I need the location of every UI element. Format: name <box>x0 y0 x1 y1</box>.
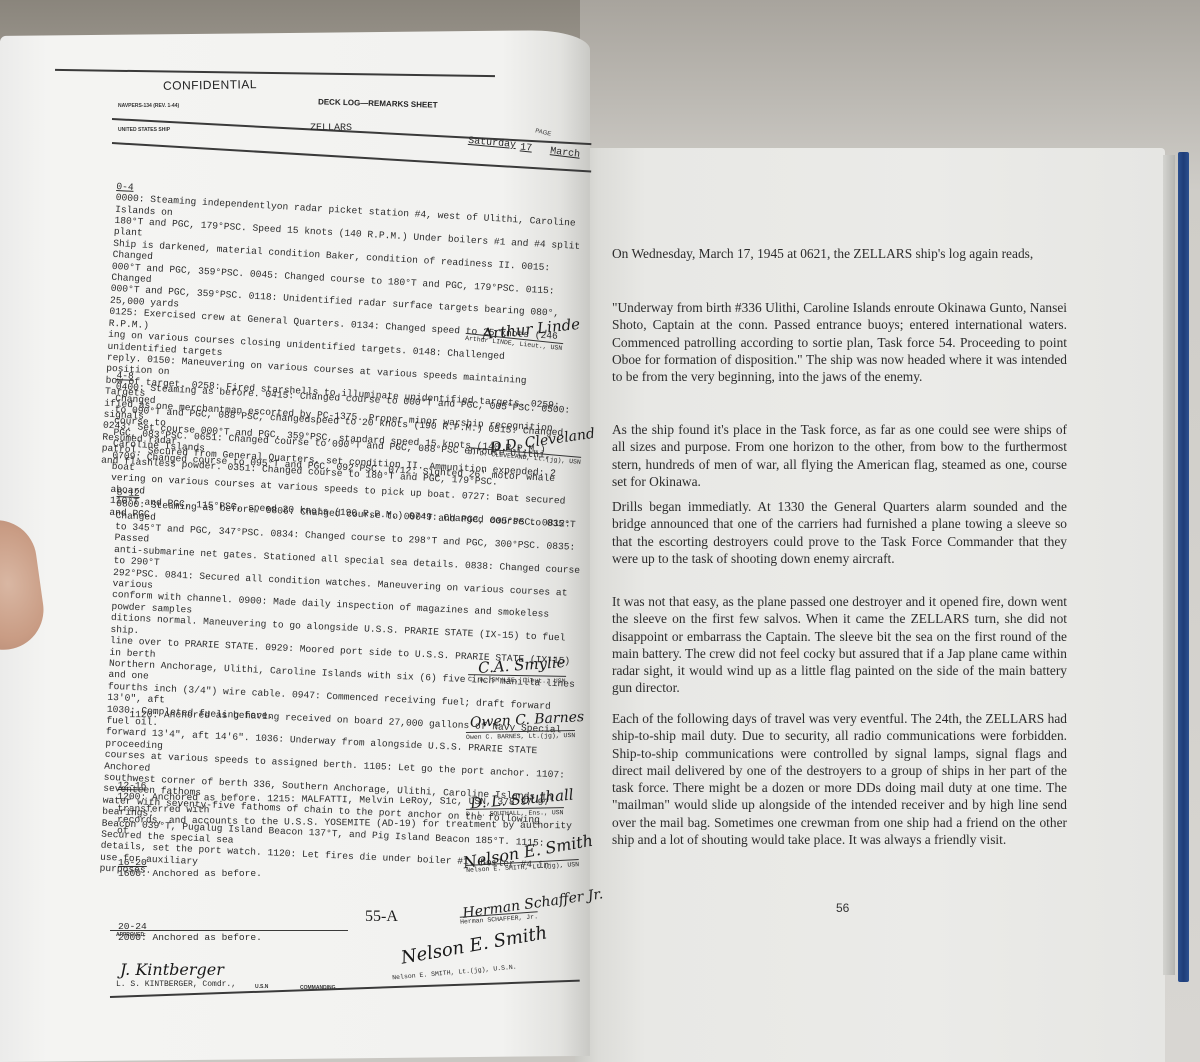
paragraph: Each of the following days of travel was… <box>612 710 1067 848</box>
usn-label: U.S.N <box>255 984 268 990</box>
signer-name: D. L. SOUTHALL, Ens., USN <box>466 807 564 818</box>
signer-name: Owen C. BARNES, Lt.(jg), USN <box>466 730 575 741</box>
form-id: NAVPERS-134 (REV. 1-44) <box>118 103 179 109</box>
commander-name: L. S. KINTBERGER, Comdr., <box>116 980 236 989</box>
paragraph: It was not that easy, as the plane passe… <box>612 593 1067 697</box>
watch-text: 1120: Anchored as before. <box>129 709 273 721</box>
paragraph: "Underway from birth #336 Ulithi, Caroli… <box>612 299 1067 385</box>
ship-label: UNITED STATES SHIP <box>118 127 170 133</box>
signer-name: C. A. SMYLIE, Lieut., USN <box>468 674 566 685</box>
commander-signature: J. Kintberger <box>120 960 224 979</box>
book-cover-edge <box>1178 152 1189 982</box>
paragraph: On Wednesday, March 17, 1945 at 0621, th… <box>612 245 1067 262</box>
divider <box>110 930 348 931</box>
page-stack-edge <box>1163 155 1175 975</box>
approved-label: APPROVED: <box>116 932 146 938</box>
paragraph: Drills began immediatly. At 1330 the Gen… <box>612 498 1067 567</box>
page-number: 55-A <box>365 908 398 926</box>
date-number: 17 <box>519 142 532 154</box>
ship-name: ZELLARS <box>310 123 352 134</box>
page-number: 56 <box>836 901 849 915</box>
confidential-stamp: CONFIDENTIAL <box>163 77 257 93</box>
watch-text: 1600: Anchored as before. <box>118 868 262 879</box>
paragraph: As the ship found it's place in the Task… <box>612 421 1067 490</box>
